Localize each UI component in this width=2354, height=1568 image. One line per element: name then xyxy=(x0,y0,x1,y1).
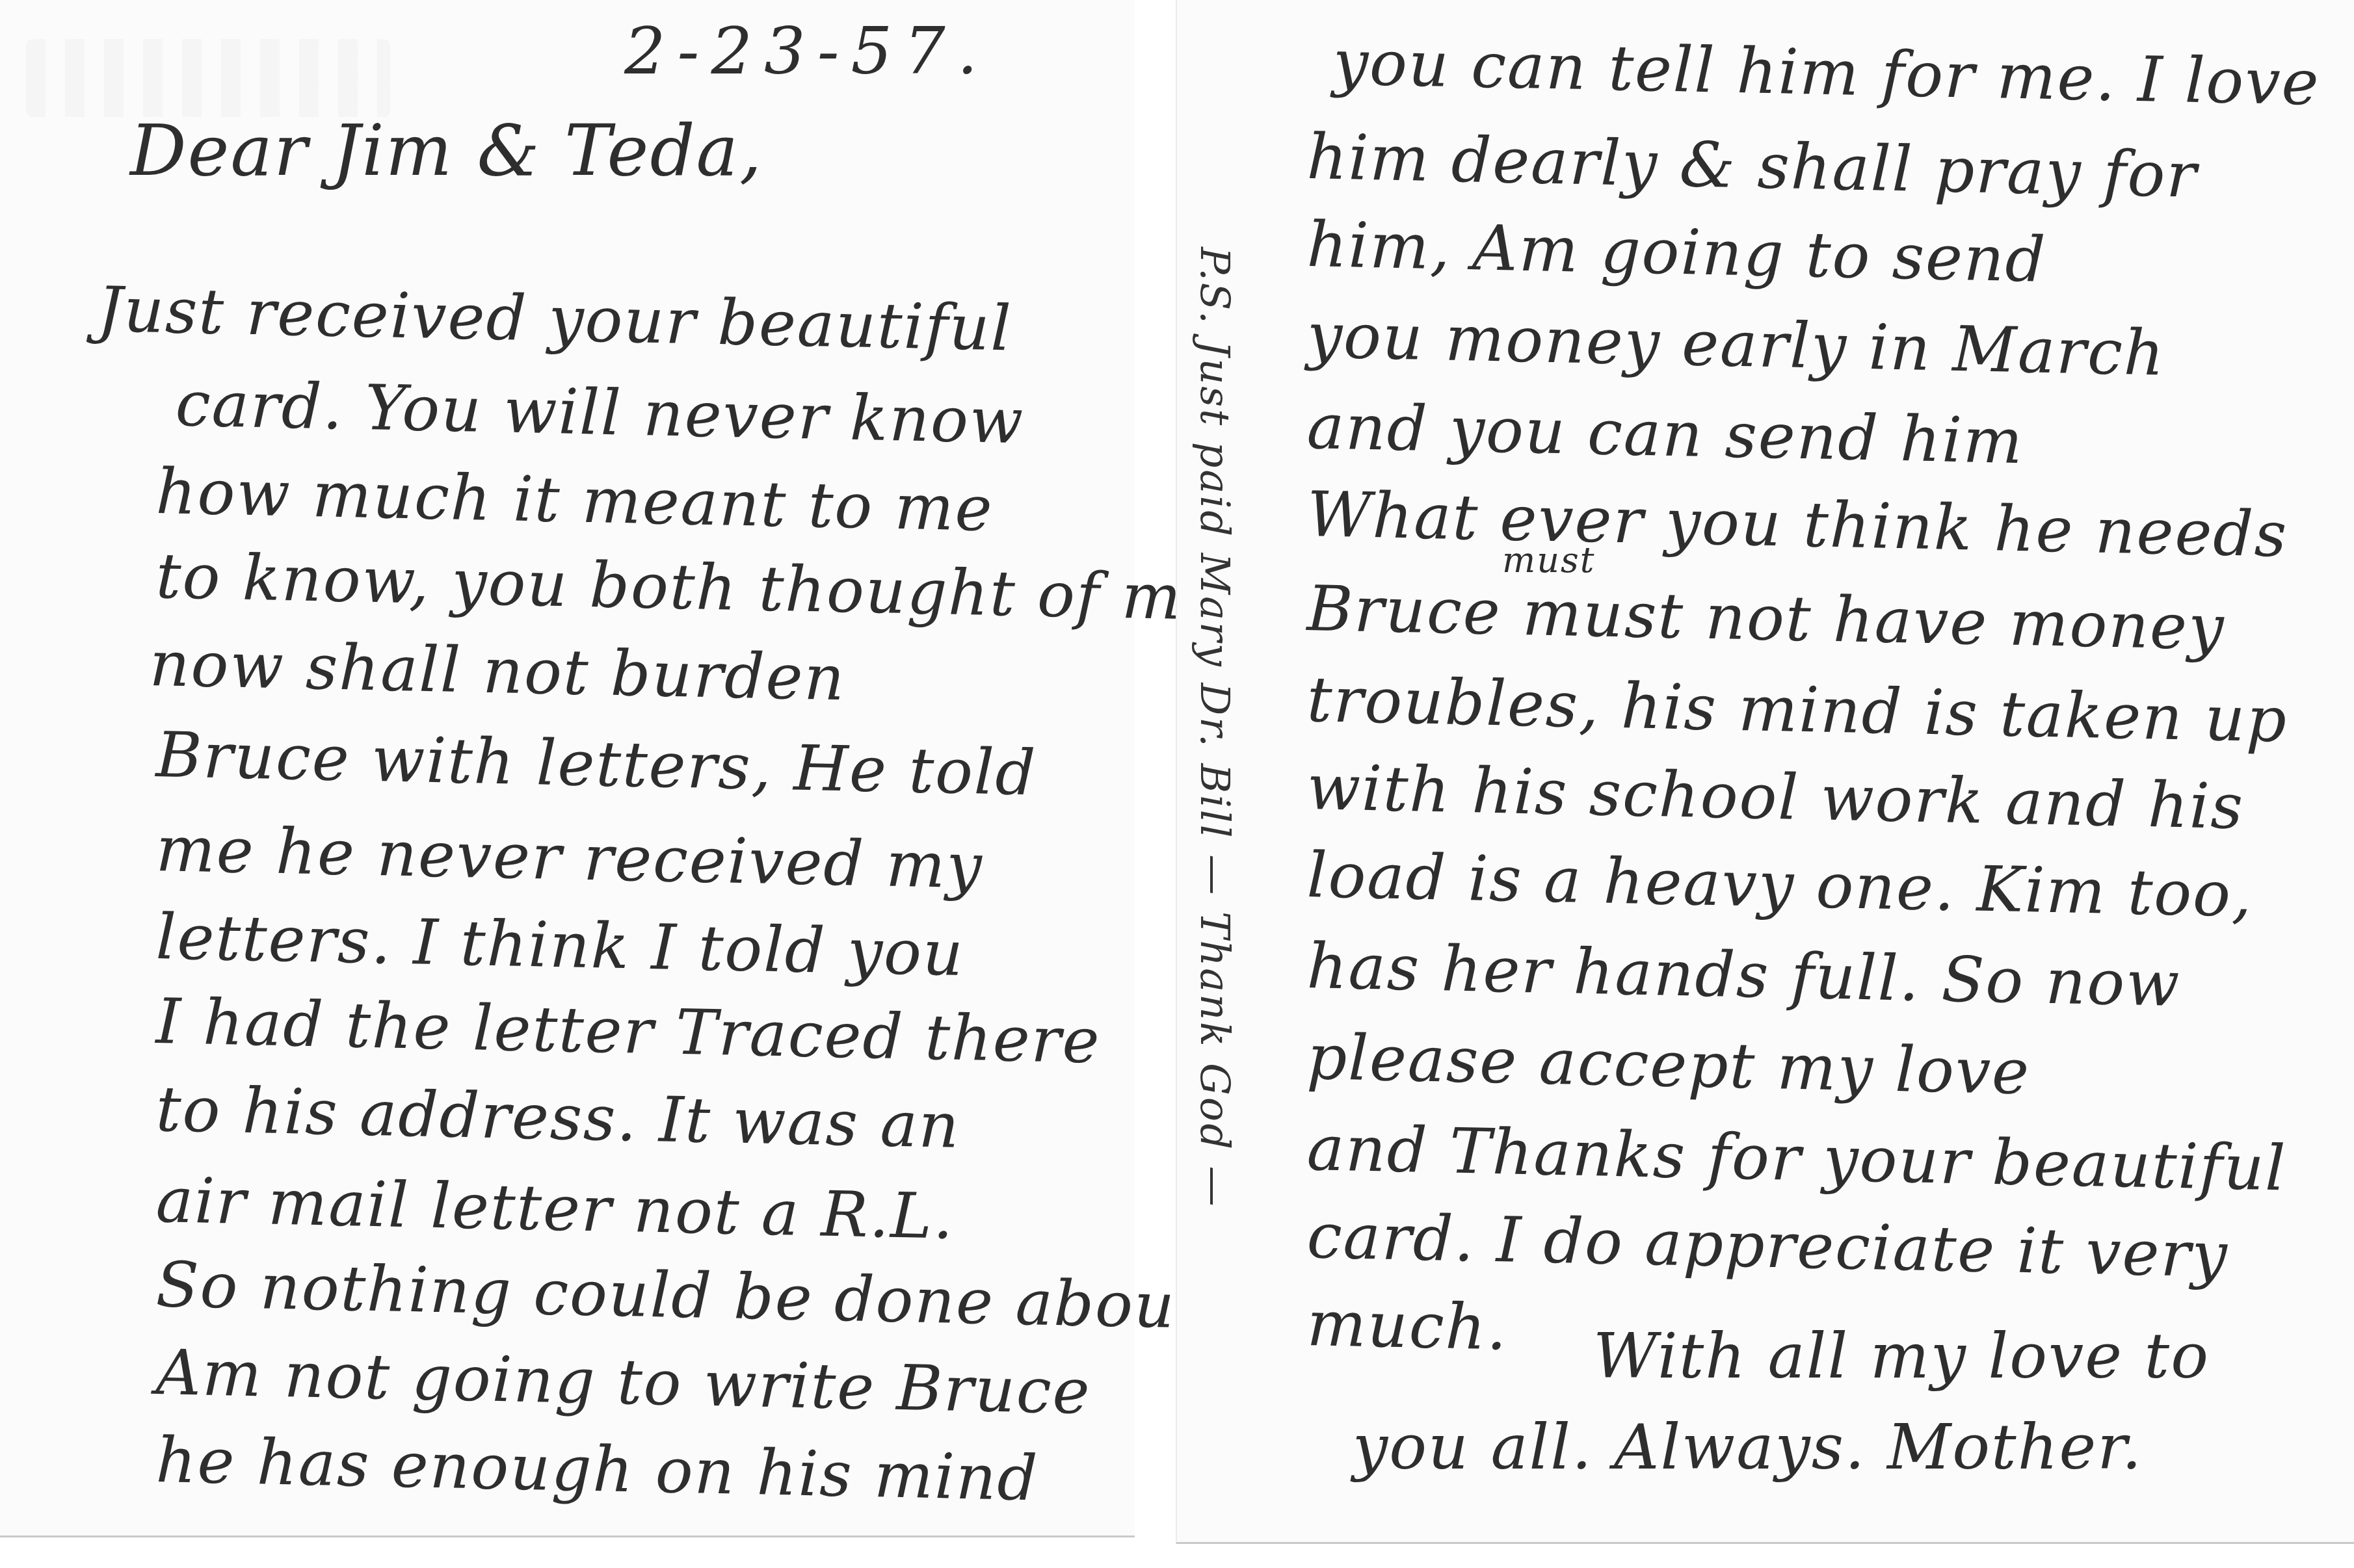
letter-line: to his address. It was an xyxy=(155,1073,961,1162)
letter-line: me he never received my xyxy=(155,813,984,903)
letter-line: card. I do appreciate it very xyxy=(1306,1199,2229,1292)
letter-line: him, Am going to send xyxy=(1306,208,2048,296)
letter-line: and Thanks for your beautiful xyxy=(1306,1112,2288,1205)
bleed-through-marks xyxy=(26,39,390,117)
letter-line: What ever you think he needs xyxy=(1306,478,2288,571)
letter-line: and you can send him xyxy=(1306,390,2024,478)
letter-line: to know, you both thought of me xyxy=(155,540,1221,634)
letter-line: now shall not burden xyxy=(149,627,847,714)
letter-line: he has enough on his mind xyxy=(155,1424,1040,1515)
letter-page-left: 2-23-57. Dear Jim & Teda, Just received … xyxy=(0,0,1135,1537)
letter-line: card. You will never know xyxy=(175,367,1025,458)
letter-line: letters. I think I told you xyxy=(155,900,965,990)
letter-line: please accept my love xyxy=(1306,1021,2031,1108)
margin-postscript: P.S. Just paid Mary Dr. Bill — Thank God… xyxy=(1191,247,1239,1209)
letter-salutation: Dear Jim & Teda, xyxy=(130,111,763,192)
letter-line: Bruce with letters, He told xyxy=(155,718,1037,809)
letter-line: with his school work and his xyxy=(1306,751,2245,843)
letter-line: him dearly & shall pray for xyxy=(1306,120,2199,212)
inserted-word: must xyxy=(1502,540,1595,581)
letter-line: troubles, his mind is taken up xyxy=(1306,663,2288,757)
letter-line: load is a heavy one. Kim too, xyxy=(1306,839,2254,931)
letter-line: Bruce must not have money xyxy=(1306,572,2226,664)
letter-line: So nothing could be done about. xyxy=(155,1248,1224,1343)
letter-line: Am not going to write Bruce xyxy=(155,1336,1092,1428)
letter-closing: With all my love to xyxy=(1593,1320,2210,1392)
letter-line: you money early in March xyxy=(1306,299,2166,390)
letter-line: much. xyxy=(1306,1287,1509,1364)
letter-line: you can tell him for me. I love xyxy=(1332,26,2321,120)
letter-signature: you all. Always. Mother. xyxy=(1353,1411,2143,1483)
letter-date: 2-23-57. xyxy=(624,13,989,89)
letter-line: air mail letter not a R.L. xyxy=(155,1164,955,1253)
letter-page-right: you can tell him for me. I love him dear… xyxy=(1176,0,2354,1544)
letter-line: I had the letter Traced there xyxy=(155,985,1102,1077)
letter-line: has her hands full. So now xyxy=(1306,930,2182,1021)
letter-line: how much it meant to me xyxy=(155,455,994,545)
letter-line: Just received your beautiful xyxy=(97,273,1013,365)
